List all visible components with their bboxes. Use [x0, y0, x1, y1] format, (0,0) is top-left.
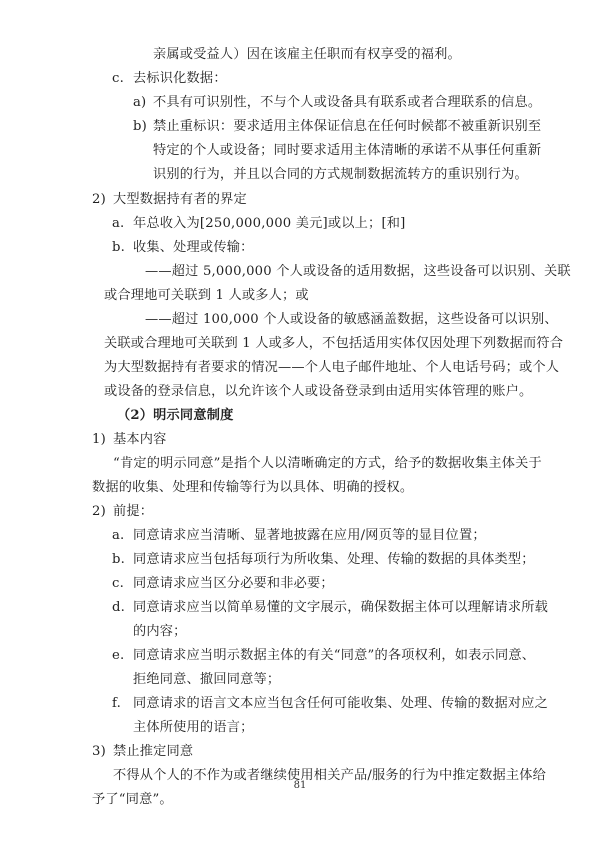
text-line: 同意请求应当包括每项行为所收集、处理、传输的数据的具体类型；	[133, 551, 535, 569]
text-line: 识别的行为，并且以合同的方式规制数据流转方的重识别行为。	[153, 166, 528, 184]
list-marker: 2)	[92, 191, 106, 209]
text-line: 前提：	[113, 503, 153, 521]
list-marker: a.	[112, 527, 124, 545]
text-line: 同意请求应当清晰、显著地披露在应用/网页等的显目位置；	[133, 527, 486, 545]
list-marker: d.	[112, 599, 125, 617]
text-line: 或合理地可关联到 1 人或多人；或	[104, 287, 309, 305]
text-line: 收集、处理或传输：	[133, 239, 254, 257]
text-line: 禁止推定同意	[113, 743, 193, 761]
text-line: 同意请求应当明示数据主体的有关“同意”的各项权利，如表示同意、	[133, 647, 535, 665]
text-line: 同意请求应当以简单易懂的文字展示，确保数据主体可以理解请求所载	[133, 599, 548, 617]
list-marker: a.	[112, 215, 124, 233]
document-page: 亲属或受益人）因在该雇主任职而有权享受的福利。 c. 去标识化数据： a) 不具…	[0, 0, 600, 848]
text-line: ——超过 5,000,000 个人或设备的适用数据，这些设备可以识别、关联	[145, 263, 571, 281]
text-line: 拒绝同意、撤回同意等；	[133, 671, 280, 689]
text-line: 基本内容	[113, 431, 167, 449]
text-line: ——超过 100,000 个人或设备的敏感涵盖数据，这些设备可以识别、	[145, 311, 558, 329]
list-marker: e.	[112, 647, 124, 665]
list-marker: 1)	[92, 431, 106, 449]
text-line: 数据的收集、处理和传输等行为以具体、明确的授权。	[92, 479, 413, 497]
list-marker: c.	[112, 70, 124, 88]
list-marker: c.	[112, 575, 124, 593]
text-line: 同意请求的语言文本应当包含任何可能收集、处理、传输的数据对应之	[133, 695, 548, 713]
text-line: 去标识化数据：	[133, 70, 227, 88]
text-line: 年总收入为[250,000,000 美元]或以上；[和]	[133, 215, 406, 233]
text-line: 不具有可识别性，不与个人或设备具有联系或者合理联系的信息。	[153, 94, 541, 112]
section-heading: （2）明示同意制度	[117, 407, 233, 425]
list-marker: a)	[133, 94, 146, 112]
list-marker: f.	[112, 695, 121, 713]
list-marker: 2)	[92, 503, 106, 521]
text-line: “肯定的明示同意”是指个人以清晰确定的方式，给予的数据收集主体关于	[113, 455, 542, 473]
text-line: 禁止重标识：要求适用主体保证信息在任何时候都不被重新识别至	[153, 118, 541, 136]
list-marker: b)	[133, 118, 147, 136]
text-line: 亲属或受益人）因在该雇主任职而有权享受的福利。	[153, 46, 461, 64]
text-line: 予了“同意”。	[92, 791, 173, 809]
text-line: 特定的个人或设备；同时要求适用主体清晰的承诺不从事任何重新	[153, 142, 541, 160]
list-marker: b.	[112, 551, 125, 569]
text-line: 主体所使用的语言；	[133, 719, 254, 737]
text-line: 的内容；	[133, 623, 187, 641]
text-line: 大型数据持有者的界定	[113, 191, 247, 209]
text-line: 为大型数据持有者要求的情况——个人电子邮件地址、个人电话号码；或个人	[104, 359, 559, 377]
page-number: 81	[0, 780, 600, 791]
text-line: 同意请求应当区分必要和非必要；	[133, 575, 334, 593]
list-marker: 3)	[92, 743, 106, 761]
list-item: c.	[112, 70, 124, 88]
text-line: 或设备的登录信息，以允许该个人或设备登录到由适用实体管理的账户。	[104, 383, 532, 401]
list-marker: b.	[112, 239, 125, 257]
text-line: 关联或合理地可关联到 1 人或多人，不包括适用实体仅因处理下列数据而符合	[104, 335, 563, 353]
